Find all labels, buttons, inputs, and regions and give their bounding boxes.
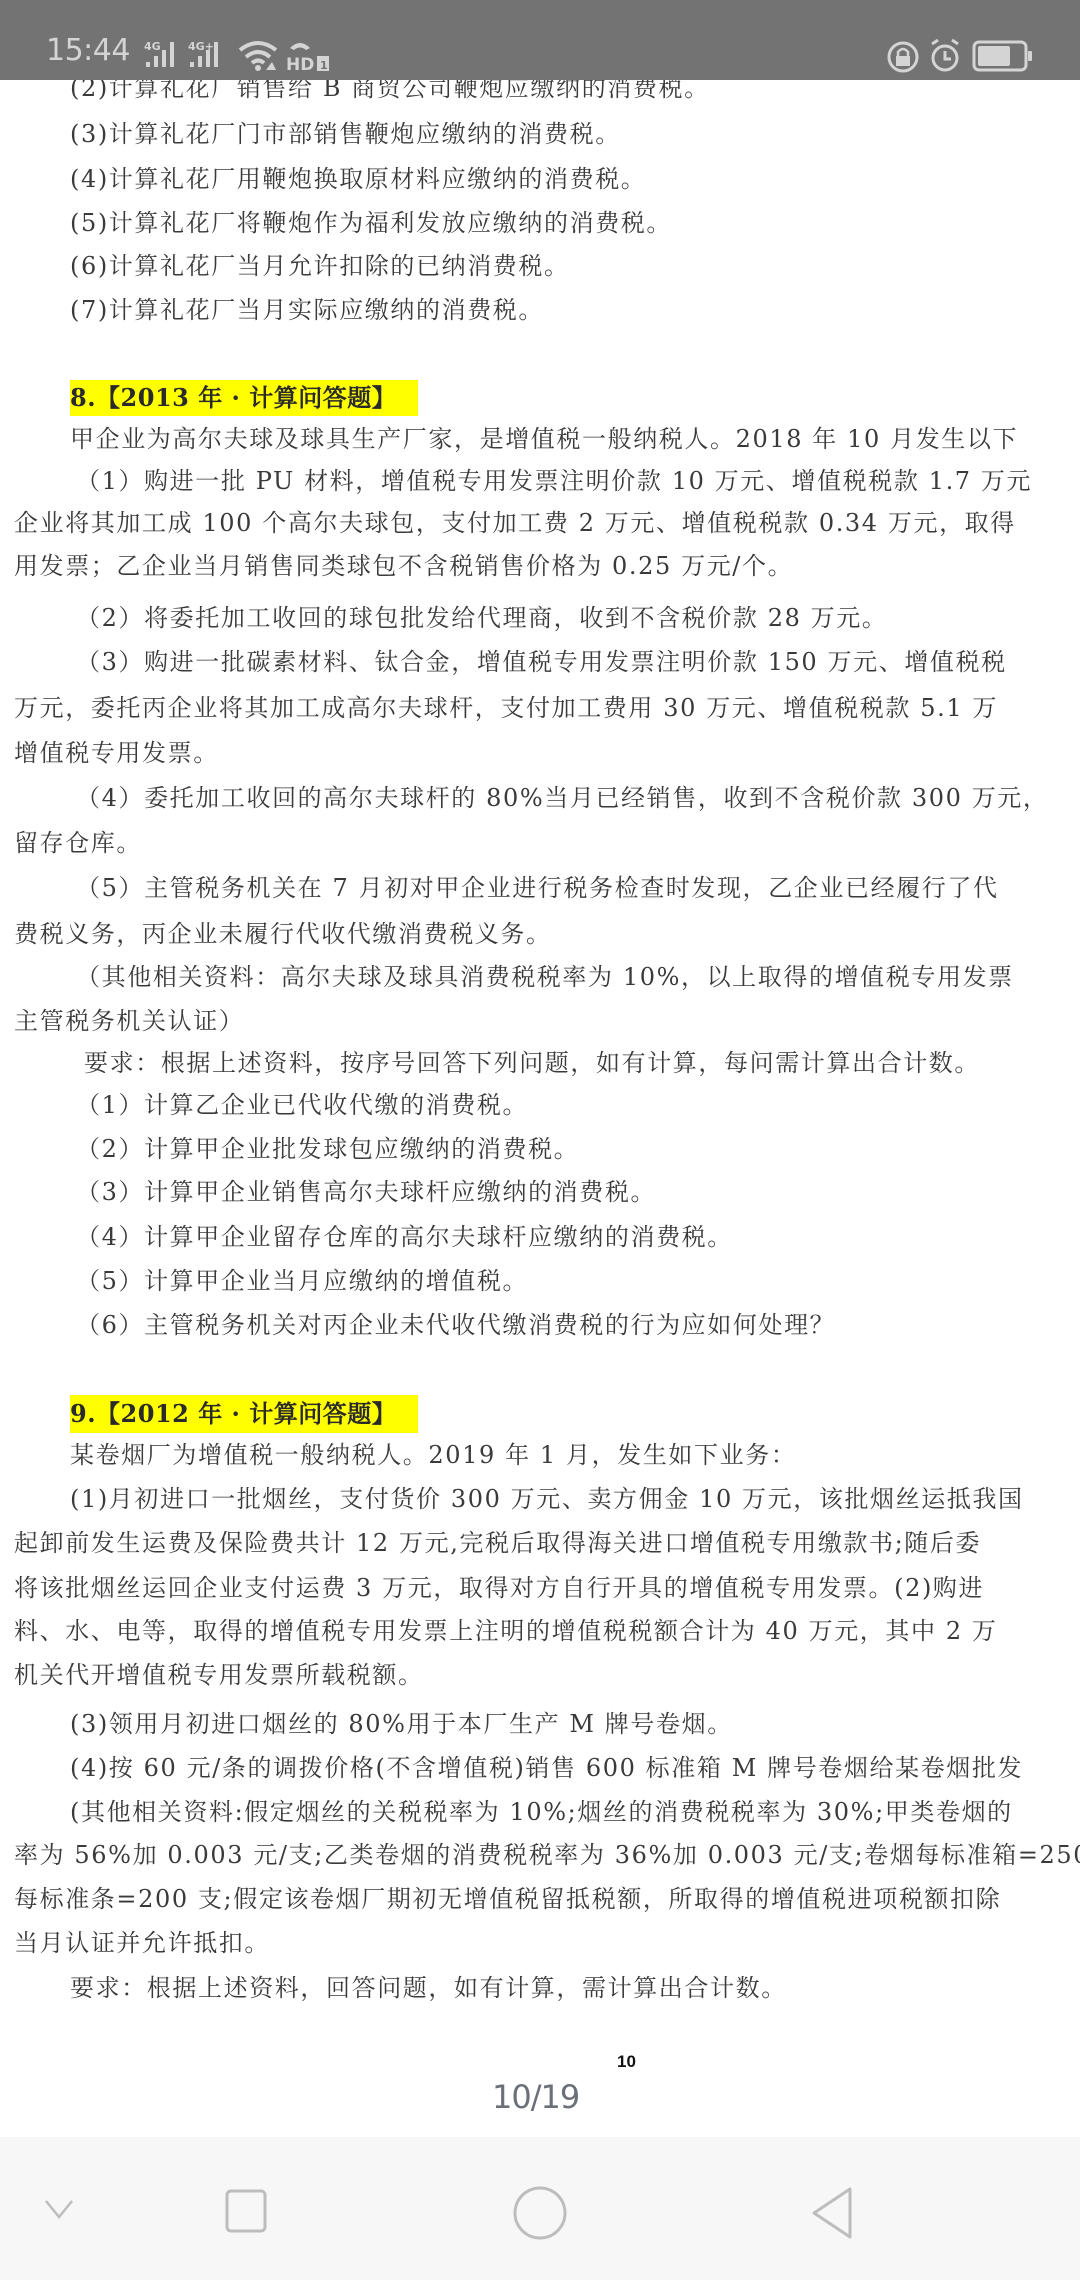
clock: 15:44 [46, 33, 130, 68]
battery-icon [972, 40, 1034, 76]
recents-square-icon[interactable] [224, 2188, 270, 2240]
q9-line: (3)领用月初进口烟丝的 80%用于本厂生产 M 牌号卷烟。 [70, 1710, 733, 1738]
q9-line: (其他相关资料:假定烟丝的关税税率为 10%;烟丝的消费税税率为 30%;甲类卷… [70, 1798, 1013, 1826]
q8-line: （5）主管税务机关在 7 月初对甲企业进行税务检查时发现，乙企业已经履行了代 [76, 874, 999, 902]
q9-line: (1)月初进口一批烟丝，支付货价 300 万元、卖方佣金 10 万元，该批烟丝运… [70, 1485, 1024, 1513]
q8-heading: 8.【2013 年 · 计算问答题】 [70, 384, 396, 412]
q9-line: 将该批烟丝运回企业支付运费 3 万元，取得对方自行开具的增值税专用发票。(2)购… [14, 1574, 984, 1602]
q8-line: （4）委托加工收回的高尔夫球杆的 80%当月已经销售，收到不含税价款 300 万… [76, 784, 1049, 812]
navigation-bar [0, 2137, 1080, 2280]
q9-line: 当月认证并允许抵扣。 [14, 1929, 270, 1957]
prev-question-3: (3)计算礼花厂门市部销售鞭炮应缴纳的消费税。 [70, 120, 621, 148]
svg-text:4G+: 4G+ [188, 40, 214, 53]
home-circle-icon[interactable] [512, 2185, 568, 2245]
document-page[interactable]: (2)计算礼花厂销售给 B 商贸公司鞭炮应缴纳的消费税。 (3)计算礼花厂门市部… [0, 0, 1080, 2137]
page-indicator: 10/19 [492, 2078, 579, 2116]
q9-line: 起卸前发生运费及保险费共计 12 万元,完税后取得海关进口增值税专用缴款书;随后… [14, 1529, 981, 1557]
svg-text:HD: HD [286, 55, 314, 72]
q8-line: 主管税务机关认证） [14, 1007, 244, 1035]
q8-line: （4）计算甲企业留存仓库的高尔夫球杆应缴纳的消费税。 [76, 1223, 733, 1251]
rotation-lock-icon [886, 40, 920, 78]
q8-line: （3）购进一批碳素材料、钛合金，增值税专用发票注明价款 150 万元、增值税税 [76, 648, 1007, 676]
q8-line: 企业将其加工成 100 个高尔夫球包，支付加工费 2 万元、增值税税款 0.34… [14, 509, 1016, 537]
q8-line: （2）将委托加工收回的球包批发给代理商，收到不含税价款 28 万元。 [76, 604, 887, 632]
q8-line: 留存仓库。 [14, 829, 142, 857]
q9-line: (4)按 60 元/条的调拨价格(不含增值税)销售 600 标准箱 M 牌号卷烟… [70, 1754, 1023, 1782]
status-bar: 15:44 4G 4G+ HD [0, 0, 1080, 80]
q9-heading: 9.【2012 年 · 计算问答题】 [70, 1400, 396, 1428]
hd-call-icon: HD 1 [286, 38, 334, 76]
back-triangle-icon[interactable] [808, 2185, 856, 2245]
q8-line: （5）计算甲企业当月应缴纳的增值税。 [76, 1267, 528, 1295]
prev-question-7: (7)计算礼花厂当月实际应缴纳的消费税。 [70, 296, 544, 324]
svg-text:4G: 4G [144, 40, 161, 53]
q8-line: （其他相关资料：高尔夫球及球具消费税税率为 10%，以上取得的增值税专用发票 [76, 963, 1014, 991]
q9-line: 机关代开增值税专用发票所载税额。 [14, 1661, 424, 1689]
q9-line: 要求：根据上述资料，回答问题，如有计算，需计算出合计数。 [70, 1974, 787, 2002]
q8-line: （6）主管税务机关对丙企业未代收代缴消费税的行为应如何处理？ [76, 1311, 835, 1339]
signal-4g-icon: 4G [144, 40, 184, 74]
prev-question-6: (6)计算礼花厂当月允许扣除的已纳消费税。 [70, 252, 570, 280]
q8-line: （1）计算乙企业已代收代缴的消费税。 [76, 1091, 528, 1119]
q8-line: 甲企业为高尔夫球及球具生产厂家，是增值税一般纳税人。2018 年 10 月发生以… [70, 425, 1018, 453]
q8-line: 用发票；乙企业当月销售同类球包不含税销售价格为 0.25 万元/个。 [14, 552, 793, 580]
q8-line: 增值税专用发票。 [14, 739, 219, 767]
prev-question-4: (4)计算礼花厂用鞭炮换取原材料应缴纳的消费税。 [70, 165, 646, 193]
wifi-icon [238, 40, 280, 76]
q8-line: 要求：根据上述资料，按序号回答下列问题，如有计算，每问需计算出合计数。 [84, 1049, 980, 1077]
alarm-icon [928, 38, 962, 78]
svg-text:1: 1 [320, 59, 328, 72]
q9-line: 每标准条=200 支;假定该卷烟厂期初无增值税留抵税额，所取得的增值税进项税额扣… [14, 1885, 1001, 1913]
q9-line: 率为 56%加 0.003 元/支;乙类卷烟的消费税税率为 36%加 0.003… [14, 1841, 1080, 1869]
hide-nav-chevron-icon[interactable] [42, 2197, 76, 2225]
q9-line: 料、水、电等，取得的增值税专用发票上注明的增值税税额合计为 40 万元，其中 2… [14, 1617, 998, 1645]
q8-line: （3）计算甲企业销售高尔夫球杆应缴纳的消费税。 [76, 1178, 656, 1206]
printed-page-number: 10 [617, 2052, 636, 2072]
prev-question-5: (5)计算礼花厂将鞭炮作为福利发放应缴纳的消费税。 [70, 209, 672, 237]
q8-line: （2）计算甲企业批发球包应缴纳的消费税。 [76, 1135, 579, 1163]
signal-4g-plus-icon: 4G+ [188, 40, 230, 74]
q8-line: 费税义务，丙企业未履行代收代缴消费税义务。 [14, 920, 552, 948]
q8-line: （1）购进一批 PU 材料，增值税专用发票注明价款 10 万元、增值税税款 1.… [76, 467, 1032, 495]
q8-line: 万元，委托丙企业将其加工成高尔夫球杆，支付加工费用 30 万元、增值税税款 5.… [14, 694, 998, 722]
q9-line: 某卷烟厂为增值税一般纳税人。2019 年 1 月，发生如下业务： [70, 1441, 796, 1469]
